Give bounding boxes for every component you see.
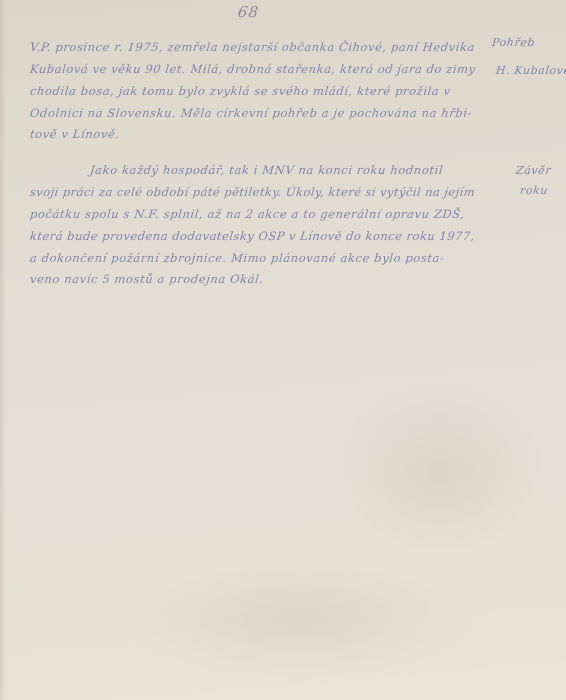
page-number: 68 [237, 3, 260, 21]
paragraph-2-line-5: a dokončení požární zbrojnice. Mimo plán… [29, 251, 445, 265]
paragraph-1-line-5: tově v Línově. [29, 127, 120, 141]
paragraph-2-line-6: veno navíc 5 mostů a prodejna Okál. [29, 272, 264, 286]
paragraph-2-line-4: která bude provedena dodavatelsky OSP v … [29, 229, 475, 243]
paragraph-1-line-1: V.P. prosince r. 1975, zemřela nejstarší… [29, 40, 475, 54]
paragraph-1-line-2: Kubalová ve věku 90 let. Milá, drobná st… [29, 62, 476, 76]
paragraph-2-line-2: svoji práci za celé období páté pětiletk… [29, 185, 476, 199]
paper-stain [120, 560, 480, 680]
margin-note-pohreb: Pohřeb [491, 36, 535, 49]
margin-note-kubalove: H. Kubalové [495, 64, 566, 77]
paper-edge-shadow [0, 0, 6, 700]
paragraph-2-line-3: počátku spolu s N.F. splnil, až na 2 akc… [29, 207, 465, 221]
paragraph-2-line-1: Jako každý hospodář, tak i MNV na konci … [89, 163, 444, 177]
paper-stain [330, 380, 550, 560]
paragraph-1-line-3: chodila bosa, jak tomu bylo zvyklá se sv… [29, 84, 451, 98]
paragraph-1-line-4: Odolnici na Slovensku. Měla církevní poh… [29, 106, 473, 120]
margin-note-roku: roku [519, 184, 548, 197]
handwritten-chronicle-page: 68 V.P. prosince r. 1975, zemřela nejsta… [0, 0, 566, 700]
margin-note-zaver: Závěr [515, 164, 552, 177]
